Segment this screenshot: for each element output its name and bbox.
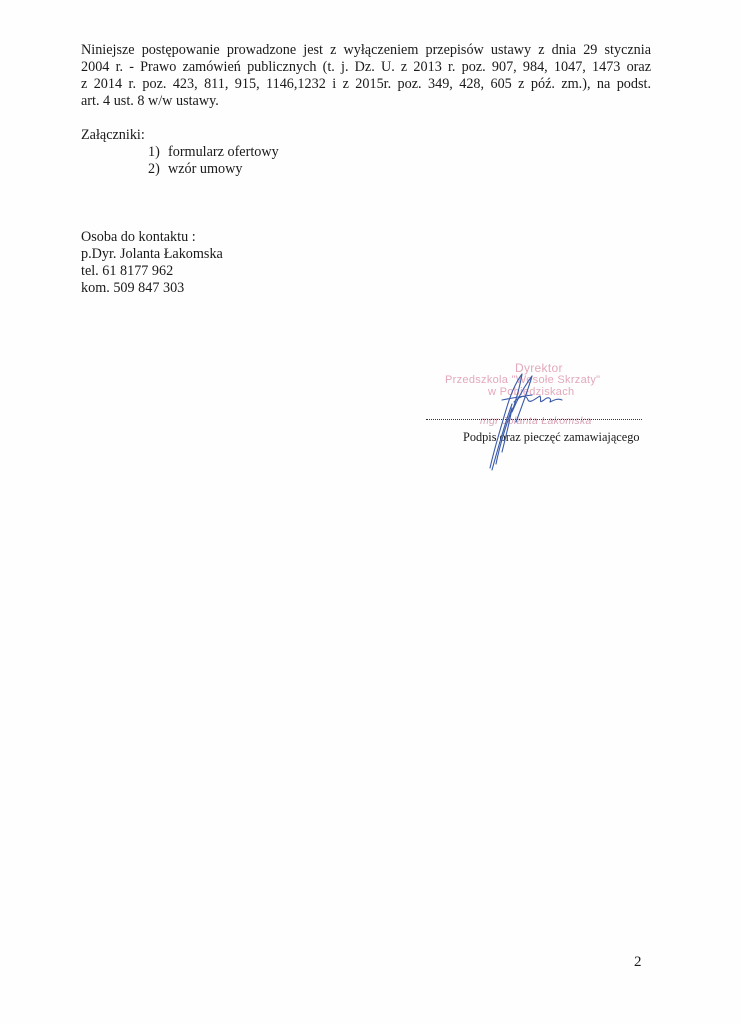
stamp-line: w Pobiedziskach <box>488 386 574 398</box>
paragraph-line: art. 4 ust. 8 w/w ustawy. <box>81 93 651 110</box>
paragraph-line: 2004 r. - Prawo zamówień publicznych (t.… <box>81 59 651 76</box>
signature-caption: Podpis oraz pieczęć zamawiającego <box>463 430 640 445</box>
contact-phone: tel. 61 8177 962 <box>81 263 223 280</box>
stamp-line: Dyrektor <box>515 362 563 374</box>
attachment-number: 1) <box>148 144 168 161</box>
page-number: 2 <box>634 954 642 971</box>
contact-name: p.Dyr. Jolanta Łakomska <box>81 246 223 263</box>
attachments-list: 1) formularz ofertowy 2) wzór umowy <box>148 144 279 178</box>
signature-block: Dyrektor Przedszkola "Wesołe Skrzaty" w … <box>420 360 652 480</box>
attachment-text: wzór umowy <box>168 161 242 178</box>
signature-dotted-line <box>426 419 642 420</box>
legal-basis-paragraph: Niniejsze postępowanie prowadzone jest z… <box>81 42 651 110</box>
attachment-item: 1) formularz ofertowy <box>148 144 279 161</box>
attachment-item: 2) wzór umowy <box>148 161 279 178</box>
stamp-line: Przedszkola "Wesołe Skrzaty" <box>445 374 600 386</box>
document-page: Niniejsze postępowanie prowadzone jest z… <box>0 0 741 1024</box>
contact-heading: Osoba do kontaktu : <box>81 229 223 246</box>
attachment-number: 2) <box>148 161 168 178</box>
attachments-label: Załączniki: <box>81 127 145 144</box>
contact-block: Osoba do kontaktu : p.Dyr. Jolanta Łakom… <box>81 229 223 297</box>
stamp-line: mgr Jolanta Łakomska <box>480 415 592 427</box>
paragraph-line: z 2014 r. poz. 423, 811, 915, 1146,1232 … <box>81 76 651 93</box>
attachment-text: formularz ofertowy <box>168 144 279 161</box>
contact-mobile: kom. 509 847 303 <box>81 280 223 297</box>
paragraph-line: Niniejsze postępowanie prowadzone jest z… <box>81 42 651 59</box>
